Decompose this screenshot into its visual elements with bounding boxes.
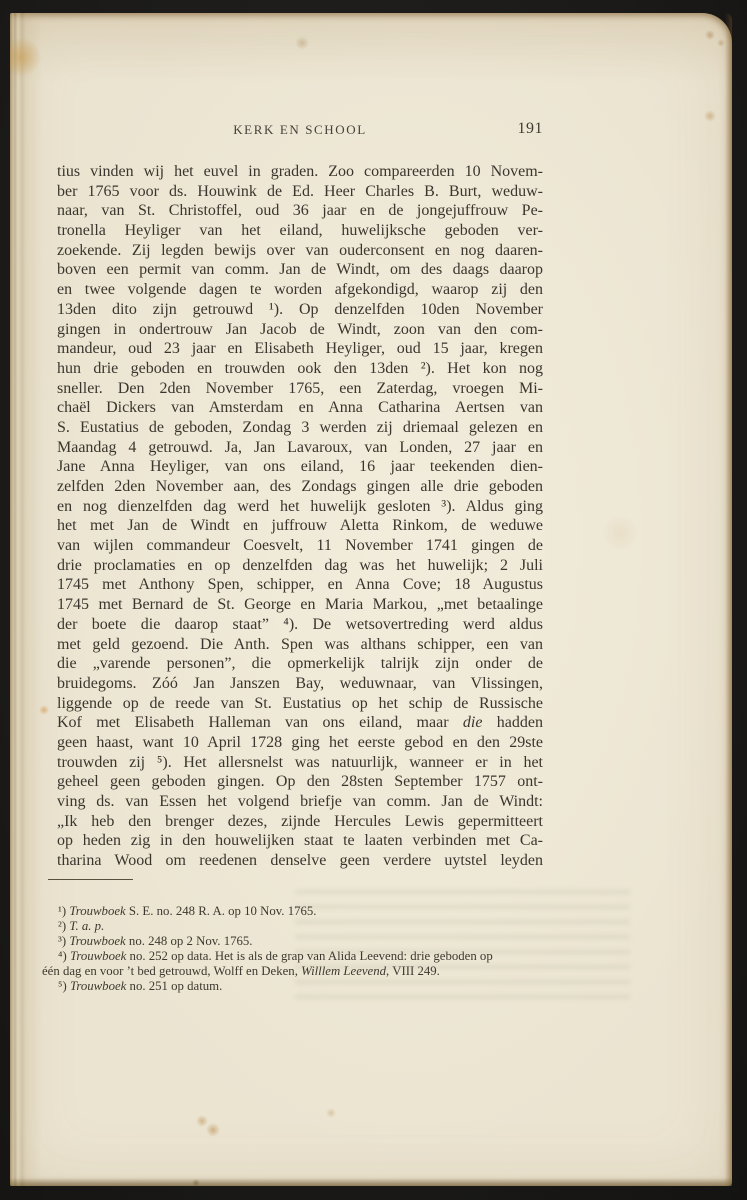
body-line: zoekende. Zij legden bewijs over van oud… xyxy=(57,241,543,261)
body-line: 1745 met Bernard de St. George en Maria … xyxy=(57,595,543,615)
page-bottom-edge-toning xyxy=(10,1178,732,1186)
body-line: en twee volgende dagen te worden afgekon… xyxy=(57,280,543,300)
body-line: ving ds. van Essen het volgend briefje v… xyxy=(57,792,543,812)
footnote-separator-rule xyxy=(48,879,133,880)
body-line: S. Eustatius de geboden, Zondag 3 werden… xyxy=(57,418,543,438)
body-line: geheel geen geboden gingen. Op den 28ste… xyxy=(57,772,543,792)
body-line: Maandag 4 getrouwd. Ja, Jan Lavaroux, va… xyxy=(57,438,543,458)
body-line: het met Jan de Windt en juffrouw Aletta … xyxy=(57,516,543,536)
body-line: hun drie geboden en trouwden ook den 13d… xyxy=(57,359,543,379)
body-line: 1745 met Anthony Spen, schipper, en Anna… xyxy=(57,575,543,595)
body-line: tronella Heyliger van het eiland, huweli… xyxy=(57,221,543,241)
footnote-line: één dag en voor ’t bed getrouwd, Wolff e… xyxy=(42,964,548,979)
footnote-line: ⁴) Trouwboek no. 252 op data. Het is als… xyxy=(42,949,548,964)
footnote-line: ¹) Trouwboek S. E. no. 248 R. A. op 10 N… xyxy=(42,904,548,919)
body-line: sneller. Den 2den November 1765, een Zat… xyxy=(57,379,543,399)
page-number: 191 xyxy=(518,120,544,138)
body-line: liggende op de reede van St. Eustatius o… xyxy=(57,694,543,714)
running-head-title: KERK EN SCHOOL xyxy=(57,122,543,138)
body-line: mandeur, oud 23 jaar en Elisabeth Heylig… xyxy=(57,339,543,359)
running-head: KERK EN SCHOOL 191 xyxy=(57,122,543,142)
body-line: op heden zig in den houwelijken staat te… xyxy=(57,831,543,851)
body-line: „Ik heb den brenger dezes, zijnde Hercul… xyxy=(57,812,543,832)
scan-background: { "document": { "running_head": { "title… xyxy=(0,0,747,1200)
body-line: ber 1765 voor ds. Houwink de Ed. Heer Ch… xyxy=(57,182,543,202)
body-line: Jane Anna Heyliger, van ons eiland, 16 j… xyxy=(57,457,543,477)
body-line: geen haast, want 10 April 1728 ging het … xyxy=(57,733,543,753)
body-line: drie proclamaties en op denzelfden dag w… xyxy=(57,556,543,576)
footnote-line: ²) T. a. p. xyxy=(42,919,548,934)
body-line: chaël Dickers van Amsterdam en Anna Cath… xyxy=(57,398,543,418)
body-line: gingen in ondertrouw Jan Jacob de Windt,… xyxy=(57,320,543,340)
body-text: tius vinden wij het euvel in graden. Zoo… xyxy=(57,162,543,871)
body-line: bruidegoms. Zóó Jan Janszen Bay, weduwna… xyxy=(57,674,543,694)
body-line: van wijlen commandeur Coesvelt, 11 Novem… xyxy=(57,536,543,556)
body-line: naar, van St. Christoffel, oud 36 jaar e… xyxy=(57,201,543,221)
body-line: en nog dienzelfden dag werd het huwelijk… xyxy=(57,497,543,517)
body-line: boven een permit van comm. Jan de Windt,… xyxy=(57,260,543,280)
body-line: met geld gezoend. Die Anth. Spen was alt… xyxy=(57,635,543,655)
body-line: 13den dito zijn getrouwd ¹). Op denzelfd… xyxy=(57,300,543,320)
page-gutter-shade xyxy=(10,13,46,1186)
body-line: tharina Wood om reedenen denselve geen v… xyxy=(57,851,543,871)
body-line: tius vinden wij het euvel in graden. Zoo… xyxy=(57,162,543,182)
body-line: zelfden 2den November aan, des Zondags g… xyxy=(57,477,543,497)
footnote-line: ³) Trouwboek no. 248 op 2 Nov. 1765. xyxy=(42,934,548,949)
body-line: Kof met Elisabeth Halleman van ons eilan… xyxy=(57,713,543,733)
footnotes: ¹) Trouwboek S. E. no. 248 R. A. op 10 N… xyxy=(42,904,548,994)
body-line: trouwden zij ⁵). Het allersnelst was nat… xyxy=(57,753,543,773)
page-right-edge-toning xyxy=(725,13,732,1186)
body-line: der boete die daarop staat” ⁴). De wetso… xyxy=(57,615,543,635)
body-line: die „varende personen”, die opmerkelijk … xyxy=(57,654,543,674)
footnote-line: ⁵) Trouwboek no. 251 op datum. xyxy=(42,979,548,994)
book-page-surface: KERK EN SCHOOL 191 tius vinden wij het e… xyxy=(10,13,732,1186)
